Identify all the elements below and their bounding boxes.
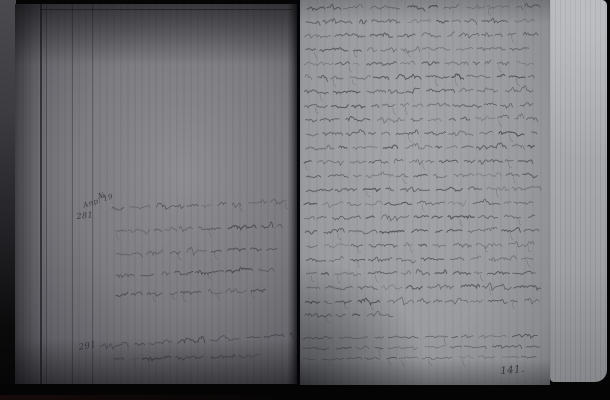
entry1-margin-number: 281 bbox=[76, 210, 94, 221]
binding-edge-tint bbox=[0, 395, 300, 400]
page-number-mark: 141. bbox=[500, 364, 525, 377]
photographed-register-spread: № Апр: 19 281 291 141. bbox=[0, 0, 610, 400]
